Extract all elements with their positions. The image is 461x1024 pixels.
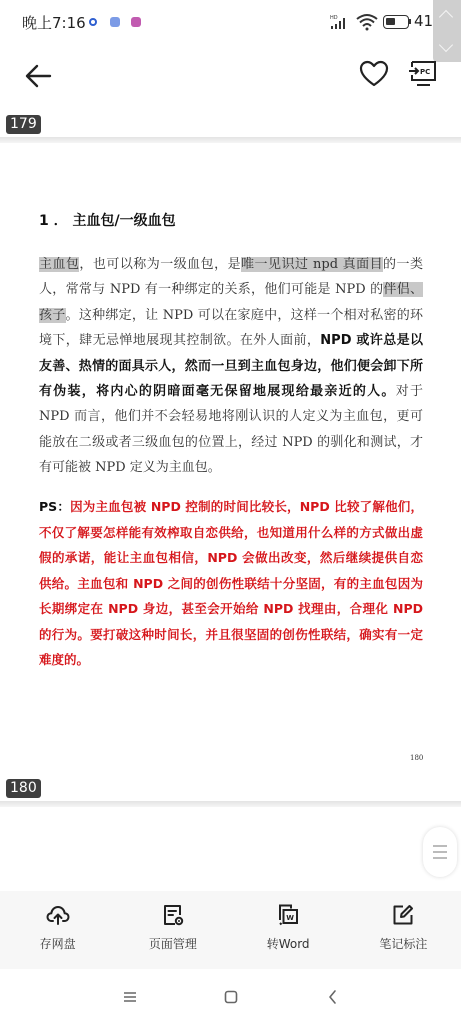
ps-note: PS：因为主血包被 NPD 控制的时间比较长，NPD 比较了解他们，不仅了解要怎… — [39, 494, 423, 673]
highlighted-text[interactable]: 主血包 — [39, 257, 79, 272]
text-run: ，也可以称为一级血包，是 — [79, 257, 241, 272]
bottom-toolbar: 存网盘 页面管理 W 转Word 笔记标注 — [0, 891, 461, 969]
save-to-cloud-button[interactable]: 存网盘 — [0, 891, 115, 969]
section-heading: 1 ． 主血包/一级血包 — [39, 210, 176, 230]
ps-label: PS： — [39, 499, 70, 514]
svg-text:W: W — [286, 914, 294, 922]
convert-word-button[interactable]: W 转Word — [231, 891, 346, 969]
page-footer-number: 180 — [410, 754, 423, 762]
toolbar-label: 转Word — [231, 935, 346, 952]
toolbar-label: 页面管理 — [115, 935, 230, 952]
status-time: 晚上7:16 — [22, 12, 86, 33]
top-bar: PC — [0, 46, 461, 108]
wifi-icon — [356, 13, 378, 31]
page-manage-button[interactable]: 页面管理 — [115, 891, 230, 969]
cloud-upload-icon — [46, 903, 70, 927]
body-paragraph: 主血包，也可以称为一级血包，是唯一见识过 npd 真面目的一类人，常常与 NPD… — [39, 252, 423, 481]
page-manage-icon — [161, 903, 185, 927]
word-convert-icon: W — [276, 903, 300, 927]
notification-app-icon — [131, 17, 141, 27]
notification-icon — [89, 18, 97, 26]
status-bar: 晚上7:16 HD 41% — [0, 0, 461, 46]
menu-icon[interactable] — [119, 986, 141, 1008]
heart-icon[interactable] — [358, 58, 390, 90]
battery-icon — [383, 15, 409, 29]
floating-menu-button[interactable] — [423, 827, 457, 877]
svg-text:PC: PC — [420, 68, 430, 76]
page-separator — [0, 137, 461, 143]
signal-icon: HD — [330, 14, 350, 30]
edit-note-icon — [391, 903, 415, 927]
system-nav-bar — [0, 969, 461, 1024]
highlighted-text[interactable]: 唯一见识过 npd 真面目 — [241, 257, 383, 272]
menu-line — [433, 845, 447, 847]
annotate-button[interactable]: 笔记标注 — [346, 891, 461, 969]
menu-line — [433, 851, 447, 853]
menu-line — [433, 857, 447, 859]
ps-text: 因为主血包被 NPD 控制的时间比较长，NPD 比较了解他们，不仅了解要怎样能有… — [39, 499, 423, 667]
pc-transfer-icon[interactable]: PC — [406, 56, 440, 90]
battery-tip — [409, 19, 411, 24]
notification-app-icon — [110, 17, 120, 27]
toolbar-label: 笔记标注 — [346, 935, 461, 952]
page-number-badge: 180 — [6, 779, 41, 798]
page-separator — [0, 801, 461, 807]
arrow-left-icon[interactable] — [20, 58, 56, 94]
page-number-badge: 179 — [6, 115, 41, 134]
chevron-up-icon[interactable] — [439, 10, 453, 24]
back-icon[interactable] — [322, 986, 344, 1008]
svg-text:HD: HD — [330, 15, 338, 21]
home-icon[interactable] — [220, 986, 242, 1008]
toolbar-label: 存网盘 — [0, 935, 115, 952]
